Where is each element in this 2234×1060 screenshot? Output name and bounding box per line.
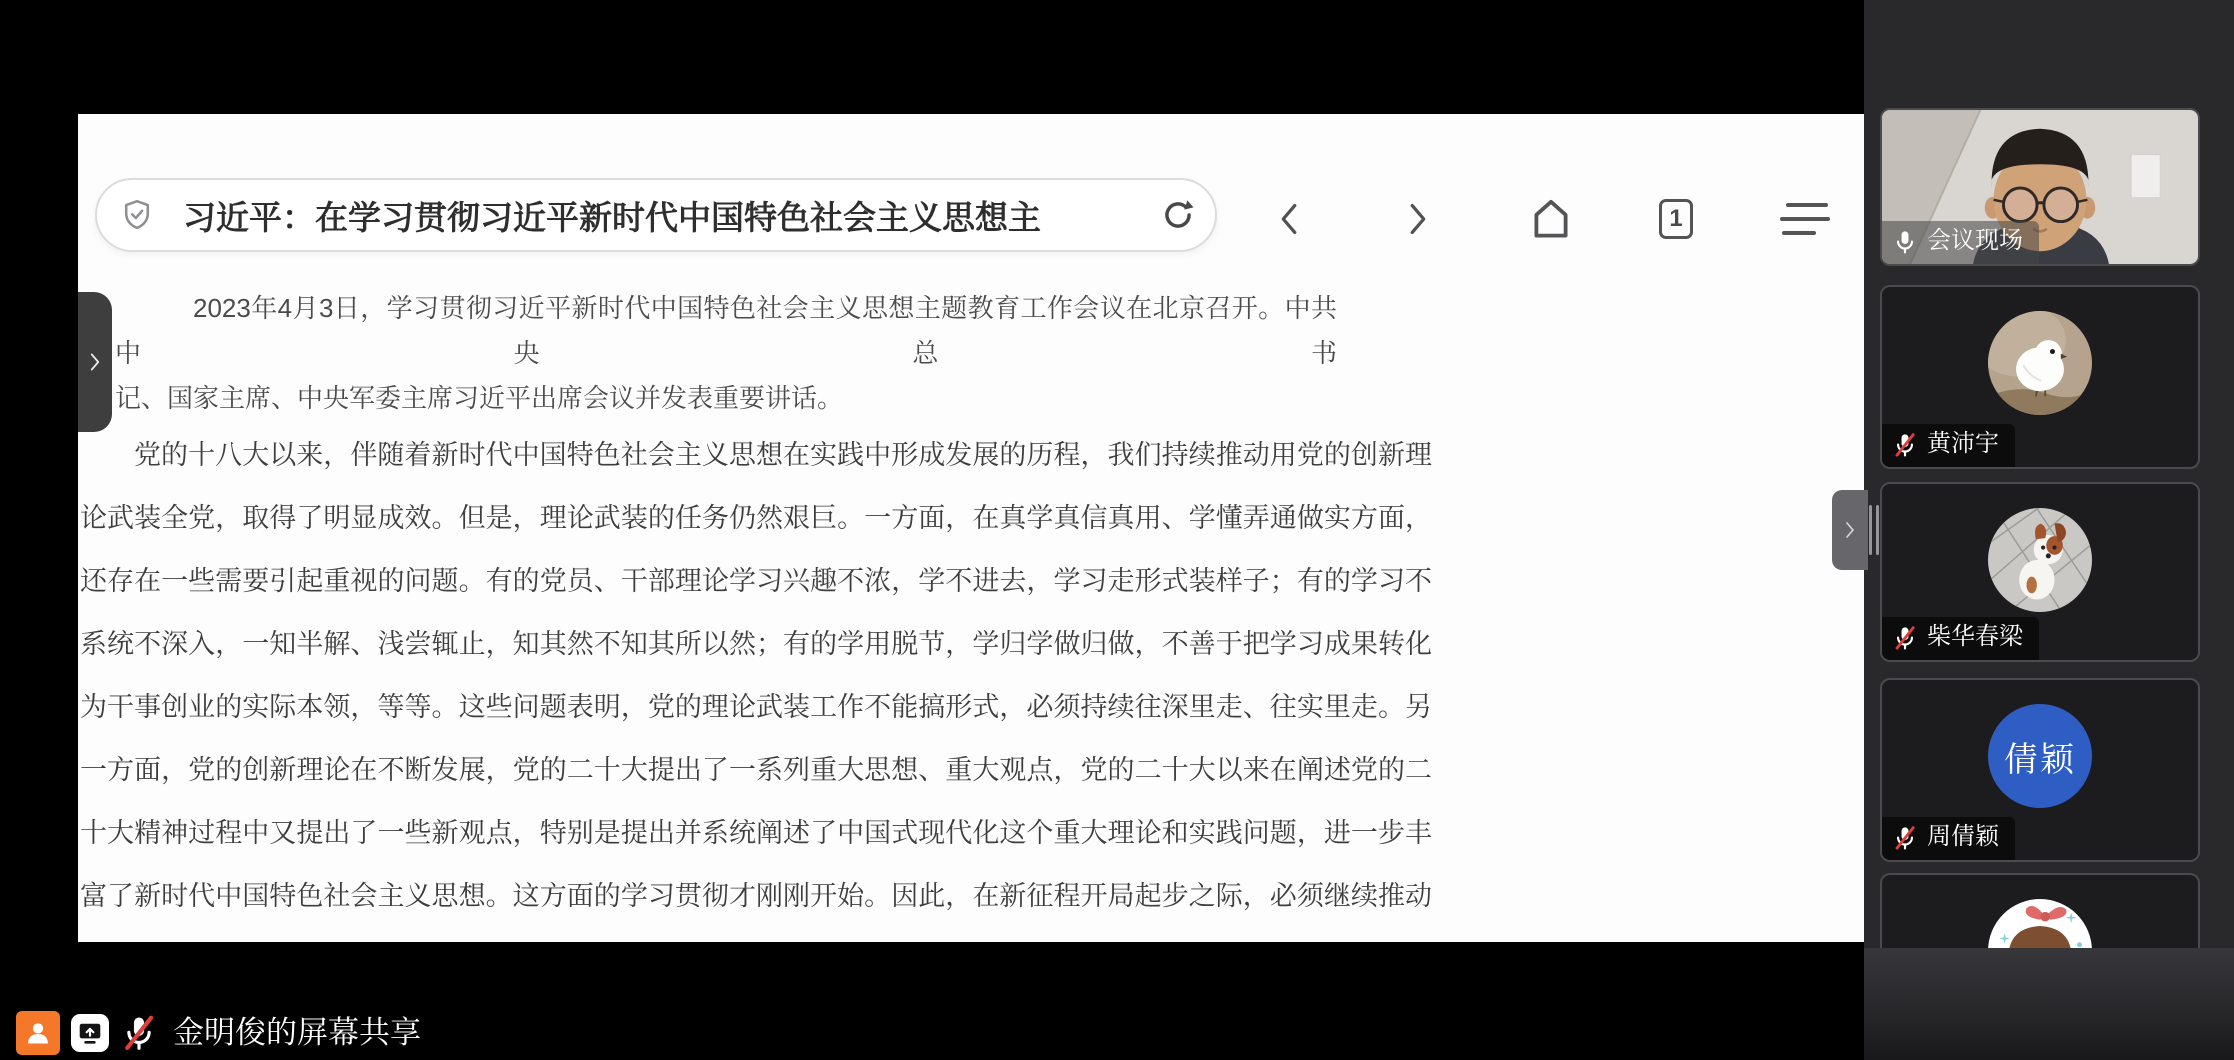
- sidebar-drag-grip[interactable]: [1876, 505, 1879, 555]
- avatar-initials: 倩颖: [1988, 704, 2092, 808]
- tab-count-button[interactable]: 1: [1650, 193, 1702, 245]
- forward-button[interactable]: [1392, 193, 1444, 245]
- body-line: 系统不深入，一知半解、浅尝辄止，知其然不知其所以然；有的学用脱节，学归学做归做，…: [80, 613, 1432, 676]
- participant-name-tag: 柴华春梁: [1882, 617, 2039, 660]
- sidebar-drag-grip[interactable]: [1869, 505, 1872, 555]
- mic-muted-icon: [120, 1014, 158, 1052]
- body-line: 富了新时代中国特色社会主义思想。这方面的学习贯彻才刚刚开始。因此，在新征程开局起…: [80, 865, 1432, 928]
- page-side-expand-tab[interactable]: [78, 292, 112, 432]
- body-line: 党的十八大以来，伴随着新时代中国特色社会主义思想在实践中形成发展的历程，我们持续…: [80, 424, 1432, 487]
- tab-count-box: 1: [1659, 199, 1693, 239]
- share-banner-label: 金明俊的屏幕共享: [173, 1014, 421, 1051]
- participant-name-tag: 周倩颖: [1882, 817, 2015, 860]
- avatar-bird: [1988, 311, 2092, 415]
- body-line: 一方面，党的创新理论在不断发展，党的二十大提出了一系列重大思想、重大观点，党的二…: [80, 739, 1432, 802]
- person-icon: [24, 1019, 52, 1047]
- participants-sidebar: 会议现场 黄沛宇: [1864, 0, 2234, 1060]
- participant-name-tag: 会议现场: [1882, 221, 2039, 264]
- body-line: 十大精神过程中又提出了一些新观点，特别是提出并系统阐述了中国式现代化这个重大理论…: [80, 802, 1432, 865]
- participant-tile[interactable]: 柴华春梁: [1880, 482, 2200, 662]
- screen-share-banner: 金明俊的屏幕共享: [16, 1011, 421, 1055]
- body-line: 还存在一些需要引起重视的问题。有的党员、干部理论学习兴趣不浓，学不进去，学习走形…: [80, 550, 1432, 613]
- hamburger-menu-icon: [1780, 203, 1830, 235]
- title-fade: [1063, 186, 1135, 244]
- avatar-dog: [1988, 508, 2092, 612]
- sharer-avatar-badge: [16, 1011, 60, 1055]
- intro-line: 记、国家主席、中央军委主席习近平出席会议并发表重要讲话。: [115, 376, 1337, 421]
- sidebar-bottom-fade: [1864, 948, 2234, 1060]
- intro-line: 2023年4月3日，学习贯彻习近平新时代中国特色社会主义思想主题教育工作会议在北…: [115, 286, 1337, 376]
- browser-address-bar[interactable]: 习近平：在学习贯彻习近平新时代中国特色社会主义思想主: [95, 178, 1217, 252]
- mic-muted-icon: [1892, 625, 1918, 651]
- participant-name: 周倩颖: [1927, 823, 1999, 852]
- body-line: 论武装全党，取得了明显成效。但是，理论武装的任务仍然艰巨。一方面，在真学真信真用…: [80, 487, 1432, 550]
- participant-name-tag: 黄沛宇: [1882, 424, 2015, 467]
- refresh-icon[interactable]: [1159, 196, 1197, 234]
- mic-muted-icon: [1892, 825, 1918, 851]
- mic-muted-icon: [1892, 432, 1918, 458]
- page-title: 习近平：在学习贯彻习近平新时代中国特色社会主义思想主: [183, 192, 1113, 239]
- meeting-window: 习近平：在学习贯彻习近平新时代中国特色社会主义思想主 1: [0, 0, 2234, 1060]
- tab-count: 1: [1669, 207, 1682, 231]
- participant-tile[interactable]: 黄沛宇: [1880, 285, 2200, 469]
- screen-share-view: 习近平：在学习贯彻习近平新时代中国特色社会主义思想主 1: [78, 114, 1864, 942]
- participant-name: 柴华春梁: [1927, 623, 2023, 652]
- sidebar-collapse-handle[interactable]: [1832, 490, 1868, 570]
- participant-tile[interactable]: 倩颖 周倩颖: [1880, 678, 2200, 862]
- participant-name: 黄沛宇: [1927, 430, 1999, 459]
- menu-button[interactable]: [1779, 193, 1831, 245]
- body-line: 为干事创业的实际本领，等等。这些问题表明，党的理论武装工作不能搞形式，必须持续往…: [80, 676, 1432, 739]
- home-button[interactable]: [1525, 193, 1577, 245]
- mic-on-icon: [1892, 229, 1918, 255]
- article-body: 党的十八大以来，伴随着新时代中国特色社会主义思想在实践中形成发展的历程，我们持续…: [80, 424, 1432, 928]
- avatar-initials-text: 倩颖: [2004, 732, 2076, 781]
- article-intro: 2023年4月3日，学习贯彻习近平新时代中国特色社会主义思想主题教育工作会议在北…: [115, 286, 1337, 421]
- participant-name: 会议现场: [1927, 227, 2023, 256]
- back-button[interactable]: [1263, 193, 1315, 245]
- screen-share-icon: [71, 1014, 109, 1052]
- security-shield-icon: [119, 197, 155, 233]
- participant-tile-video[interactable]: 会议现场: [1880, 108, 2200, 266]
